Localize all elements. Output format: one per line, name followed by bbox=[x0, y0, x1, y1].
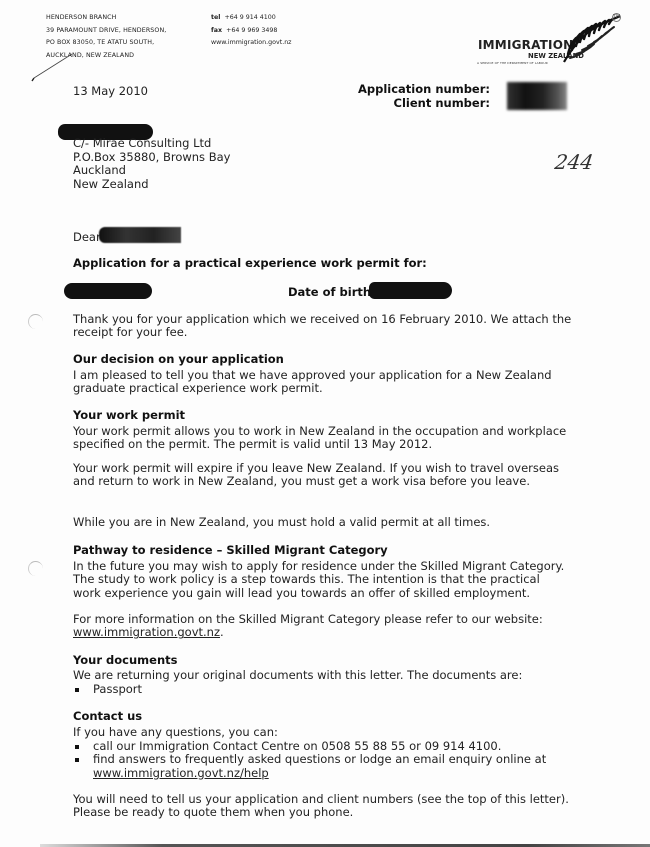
closing-paragraph: You will need to tell us your applicatio… bbox=[73, 793, 578, 820]
contact-item-call: call our Immigration Contact Centre on 0… bbox=[73, 740, 573, 753]
redacted-reference-numbers bbox=[507, 82, 567, 110]
address-line: C/- Mirae Consulting Ltd bbox=[73, 137, 230, 151]
redacted-salutation-name bbox=[99, 227, 181, 243]
more-info-paragraph: For more information on the Skilled Migr… bbox=[73, 613, 573, 640]
fax-line: fax+64 9 969 3498 bbox=[211, 25, 292, 38]
heading-documents: Your documents bbox=[73, 653, 177, 667]
redacted-dob bbox=[369, 282, 452, 299]
logo-tagline: A SERVICE OF THE DEPARTMENT OF LABOUR bbox=[477, 61, 548, 65]
fax-value: +64 9 969 3498 bbox=[226, 27, 277, 34]
salutation: Dear bbox=[73, 230, 101, 244]
address-line: P.O.Box 35880, Browns Bay bbox=[73, 151, 230, 165]
pen-mark-icon bbox=[30, 52, 80, 82]
application-number-label: Application number: bbox=[340, 83, 490, 97]
documents-paragraph: We are returning your original documents… bbox=[73, 669, 573, 682]
dob-label: Date of birth: bbox=[288, 285, 376, 299]
pathway-paragraph: In the future you may wish to apply for … bbox=[73, 560, 568, 600]
handwritten-number: 244 bbox=[553, 150, 595, 174]
tel-value: +64 9 914 4100 bbox=[224, 14, 275, 21]
tel-line: tel+64 9 914 4100 bbox=[211, 12, 292, 25]
document-item: Passport bbox=[73, 683, 573, 696]
heading-work-permit: Your work permit bbox=[73, 408, 185, 422]
permit-paragraph-1: Your work permit allows you to work in N… bbox=[73, 425, 573, 452]
permit-paragraph-3: While you are in New Zealand, you must h… bbox=[73, 516, 573, 529]
immigration-website-link[interactable]: www.immigration.govt.nz bbox=[73, 625, 220, 639]
reference-numbers: Application number: Client number: bbox=[340, 83, 490, 110]
punch-hole-mark bbox=[28, 314, 43, 329]
recipient-address: C/- Mirae Consulting Ltd P.O.Box 35880, … bbox=[73, 137, 230, 191]
help-link[interactable]: www.immigration.govt.nz/help bbox=[93, 766, 269, 780]
contact-item-online: find answers to frequently asked questio… bbox=[73, 753, 573, 780]
letter-subject: Application for a practical experience w… bbox=[73, 256, 427, 270]
address-line: Auckland bbox=[73, 164, 230, 178]
link-suffix: . bbox=[220, 625, 224, 639]
redacted-applicant-name bbox=[64, 283, 152, 299]
contact-intro: If you have any questions, you can: bbox=[73, 726, 573, 739]
permit-paragraph-2: Your work permit will expire if you leav… bbox=[73, 462, 573, 489]
contact-list: call our Immigration Contact Centre on 0… bbox=[73, 740, 573, 780]
branch-pobox: PO BOX 83050, TE ATATU SOUTH, bbox=[46, 37, 166, 50]
website-text: www.immigration.govt.nz bbox=[211, 37, 292, 50]
heading-pathway: Pathway to residence – Skilled Migrant C… bbox=[73, 543, 388, 557]
contact-online-text: find answers to frequently asked questio… bbox=[93, 752, 546, 766]
punch-hole-mark bbox=[28, 561, 43, 576]
letter-page: HENDERSON BRANCH 39 PARAMOUNT DRIVE, HEN… bbox=[0, 0, 650, 847]
branch-street: 39 PARAMOUNT DRIVE, HENDERSON, bbox=[46, 25, 166, 38]
branch-name: HENDERSON BRANCH bbox=[46, 12, 166, 25]
letter-date: 13 May 2010 bbox=[73, 84, 148, 98]
trademark-symbol: TM bbox=[612, 13, 621, 22]
branch-contact: tel+64 9 914 4100 fax+64 9 969 3498 www.… bbox=[211, 12, 292, 50]
intro-paragraph: Thank you for your application which we … bbox=[73, 313, 573, 340]
client-number-label: Client number: bbox=[340, 97, 490, 111]
tel-label: tel bbox=[211, 14, 220, 21]
more-info-text: For more information on the Skilled Migr… bbox=[73, 612, 543, 626]
heading-decision: Our decision on your application bbox=[73, 352, 284, 366]
decision-paragraph: I am pleased to tell you that we have ap… bbox=[73, 369, 573, 396]
address-line: New Zealand bbox=[73, 178, 230, 192]
logo-title: IMMIGRATION bbox=[478, 38, 573, 52]
fax-label: fax bbox=[211, 27, 222, 34]
heading-contact: Contact us bbox=[73, 709, 142, 723]
documents-list: Passport bbox=[73, 683, 573, 696]
